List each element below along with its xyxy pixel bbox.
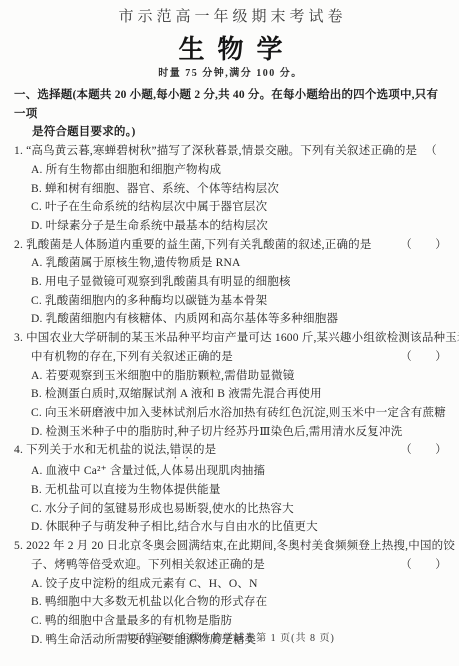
question-3-stem-line1: 3. 中国农业大学研制的某玉米品种平均亩产量可达 1600 斤,某兴趣小组欲检测… <box>14 329 447 348</box>
question-3-option-a: A. 若要观察到玉米细胞中的脂肪颗粒,需借助显微镜 <box>14 367 447 386</box>
question-list: 1. “高鸟黄云暮,寒蝉碧树秋”描写了深秋暮景,情景交融。下列有关叙述正确的是 … <box>14 142 447 649</box>
question-1-option-c: C. 叶子在生命系统的结构层次中属于器官层次 <box>14 198 447 217</box>
question-2-option-b: B. 用电子显微镜可观察到乳酸菌具有明显的细胞核 <box>14 273 447 292</box>
question-4-stem-prefix: 4. 下列关于水和无机盐的说法, <box>14 444 170 456</box>
section-one-heading: 一、选择题(本题共 20 小题,每小题 2 分,共 40 分。在每小题给出的四个… <box>14 86 447 142</box>
question-1-option-d: D. 叶绿素分子是生命系统中最基本的结构层次 <box>14 217 447 236</box>
answer-bracket: （ ） <box>392 348 447 367</box>
question-4-stem: 4. 下列关于水和无机盐的说法,错误的是 （ ） <box>14 441 447 462</box>
question-4-option-d: D. 休眠种子与萌发种子相比,结合水与自由水的比值更大 <box>14 518 447 537</box>
page-content: 市示范高一年级期末考试卷 生物学 时量 75 分钟,满分 100 分。 一、选择… <box>0 0 459 649</box>
question-5-stem-line2: 子、烤鸭等倍受欢迎。下列相关叙述正确的是 （ ） <box>14 556 447 575</box>
answer-bracket: （ ） <box>392 236 447 255</box>
answer-bracket: （ ） <box>417 142 459 161</box>
question-2-option-a: A. 乳酸菌属于原核生物,遗传物质是 RNA <box>14 254 447 273</box>
question-3: 3. 中国农业大学研制的某玉米品种平均亩产量可达 1600 斤,某兴趣小组欲检测… <box>14 329 447 441</box>
question-4: 4. 下列关于水和无机盐的说法,错误的是 （ ） A. 血液中 Ca²⁺ 含量过… <box>14 441 447 537</box>
question-1-option-b: B. 蝉和树有细胞、器官、系统、个体等结构层次 <box>14 180 447 199</box>
subject-title: 生物学 <box>14 34 447 64</box>
question-3-option-b: B. 检测蛋白质时,双缩脲试剂 A 液和 B 液需先混合再使用 <box>14 385 447 404</box>
question-5-option-c: C. 鸭的细胞中含量最多的有机物是脂肪 <box>14 612 447 631</box>
question-3-option-c: C. 向玉米研磨液中加入斐林试剂后水浴加热有砖红色沉淀,则玉米中一定含有蔗糖 <box>14 404 447 423</box>
question-4-option-c: C. 水分子间的氢键易形成也易断裂,使水的比热容大 <box>14 500 447 519</box>
question-3-stem-line2: 中有机物的存在,下列有关叙述正确的是 （ ） <box>14 348 447 367</box>
question-2-stem-text: 2. 乳酸菌是人体肠道内重要的益生菌,下列有关乳酸菌的叙述,正确的是 <box>14 236 372 255</box>
answer-bracket: （ ） <box>392 556 447 575</box>
paper-title: 市示范高一年级期末考试卷 <box>14 8 447 26</box>
page-footer: 市示范高一年级生物学试卷第 1 页(共 8 页) <box>0 629 459 644</box>
question-2-option-d: D. 乳酸菌细胞内有核糖体、内质网和高尔基体等多种细胞器 <box>14 310 447 329</box>
answer-bracket: （ ） <box>392 441 447 460</box>
question-3-stem-text: 中有机物的存在,下列有关叙述正确的是 <box>31 348 233 367</box>
question-2-stem: 2. 乳酸菌是人体肠道内重要的益生菌,下列有关乳酸菌的叙述,正确的是 （ ） <box>14 236 447 255</box>
question-1: 1. “高鸟黄云暮,寒蝉碧树秋”描写了深秋暮景,情景交融。下列有关叙述正确的是 … <box>14 142 447 236</box>
exam-paper-page: 市示范高一年级期末考试卷 生物学 时量 75 分钟,满分 100 分。 一、选择… <box>0 0 459 666</box>
question-1-option-a: A. 所有生物都由细胞和细胞产物构成 <box>14 161 447 180</box>
question-5-option-a: A. 饺子皮中淀粉的组成元素有 C、H、O、N <box>14 575 447 594</box>
question-4-option-a: A. 血液中 Ca²⁺ 含量过低,人体易出现肌肉抽搐 <box>14 462 447 481</box>
exam-meta: 时量 75 分钟,满分 100 分。 <box>14 67 447 81</box>
question-4-stem-suffix: 的是 <box>193 444 216 456</box>
question-3-option-d: D. 检测玉米种子中的脂肪时,种子切片经苏丹Ⅲ染色后,需用清水反复冲洗 <box>14 423 447 442</box>
question-4-option-b: B. 无机盐可以直接为生物体提供能量 <box>14 481 447 500</box>
question-1-stem: 1. “高鸟黄云暮,寒蝉碧树秋”描写了深秋暮景,情景交融。下列有关叙述正确的是 … <box>14 142 447 161</box>
question-5-option-b: B. 鸭细胞中大多数无机盐以化合物的形式存在 <box>14 593 447 612</box>
question-1-stem-text: 1. “高鸟黄云暮,寒蝉碧树秋”描写了深秋暮景,情景交融。下列有关叙述正确的是 <box>14 142 417 161</box>
question-2-option-c: C. 乳酸菌细胞内的多种酶均以碳链为基本骨架 <box>14 292 447 311</box>
question-5-stem-line1: 5. 2022 年 2 月 20 日北京冬奥会圆满结束,在此期间,冬奥村美食频频… <box>14 537 447 556</box>
question-4-stem-text: 4. 下列关于水和无机盐的说法,错误的是 <box>14 441 216 462</box>
section-heading-line2: 是符合题目要求的。) <box>14 123 447 142</box>
section-heading-line1: 一、选择题(本题共 20 小题,每小题 2 分,共 40 分。在每小题给出的四个… <box>14 86 447 123</box>
question-2: 2. 乳酸菌是人体肠道内重要的益生菌,下列有关乳酸菌的叙述,正确的是 （ ） A… <box>14 236 447 330</box>
question-5-stem-text: 子、烤鸭等倍受欢迎。下列相关叙述正确的是 <box>31 556 265 575</box>
question-4-stem-emphasis: 错误 <box>170 444 193 456</box>
